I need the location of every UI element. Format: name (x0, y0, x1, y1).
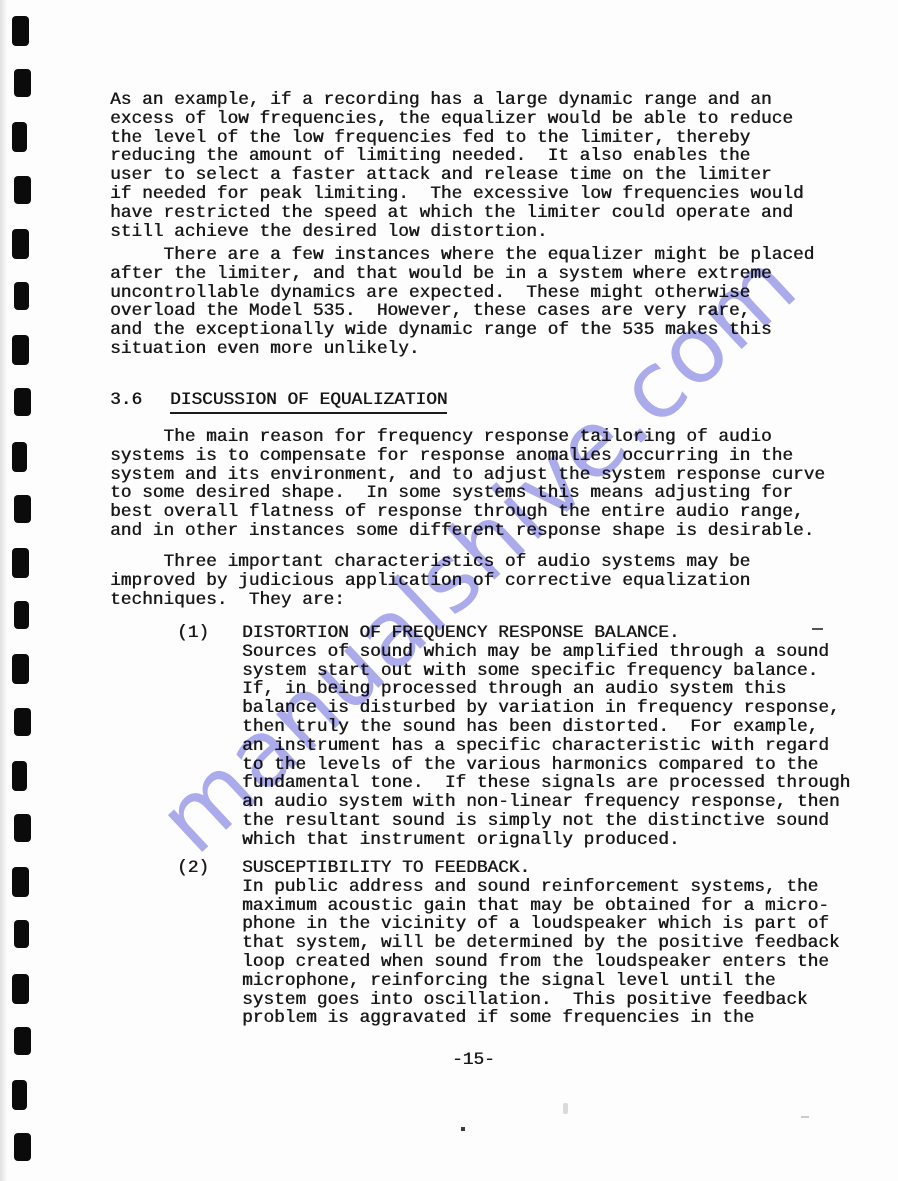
section-number: 3.6 (110, 390, 142, 410)
binding-hole (12, 16, 29, 46)
paragraph-4: Three important characteristics of audio… (110, 553, 750, 609)
binding-hole (12, 761, 27, 791)
binding-hole (14, 176, 31, 204)
page-edge-shading (0, 0, 7, 1181)
binding-hole (14, 920, 29, 948)
list-item-2-body: SUSCEPTIBILITY TO FEEDBACK. In public ad… (242, 859, 840, 1028)
binding-hole (12, 335, 29, 365)
section-title: DISCUSSION OF EQUALIZATION (170, 390, 447, 414)
paragraph-1: As an example, if a recording has a larg… (110, 91, 804, 241)
binding-hole (12, 229, 29, 259)
binding-hole (12, 442, 27, 472)
binding-hole (12, 122, 27, 152)
binding-hole (12, 867, 29, 897)
binding-hole (12, 974, 29, 1004)
binding-hole (12, 654, 29, 684)
binding-hole (14, 1027, 31, 1055)
binding-hole (12, 1080, 27, 1110)
page-number: -15- (452, 1051, 495, 1070)
binding-hole (14, 1133, 31, 1161)
list-item-2-label: (2) (177, 859, 209, 878)
scan-artifact (461, 1127, 465, 1131)
binding-hole (14, 282, 29, 310)
list-item-1-label: (1) (177, 624, 209, 643)
scan-artifact (563, 1103, 568, 1114)
binding-hole (14, 388, 31, 416)
paragraph-3: The main reason for frequency response t… (110, 428, 825, 541)
binding-hole (14, 495, 31, 523)
binding-hole (14, 601, 29, 629)
scan-artifact (801, 1116, 809, 1118)
list-item-1-body: DISTORTION OF FREQUENCY RESPONSE BALANCE… (242, 624, 850, 850)
binding-hole (14, 69, 31, 97)
binding-hole (14, 708, 31, 736)
section-heading: 3.6DISCUSSION OF EQUALIZATION (110, 391, 447, 410)
paragraph-2: There are a few instances where the equa… (110, 246, 814, 359)
binding-hole (14, 814, 31, 842)
scanned-page: As an example, if a recording has a larg… (0, 0, 898, 1181)
binding-hole (12, 548, 29, 578)
